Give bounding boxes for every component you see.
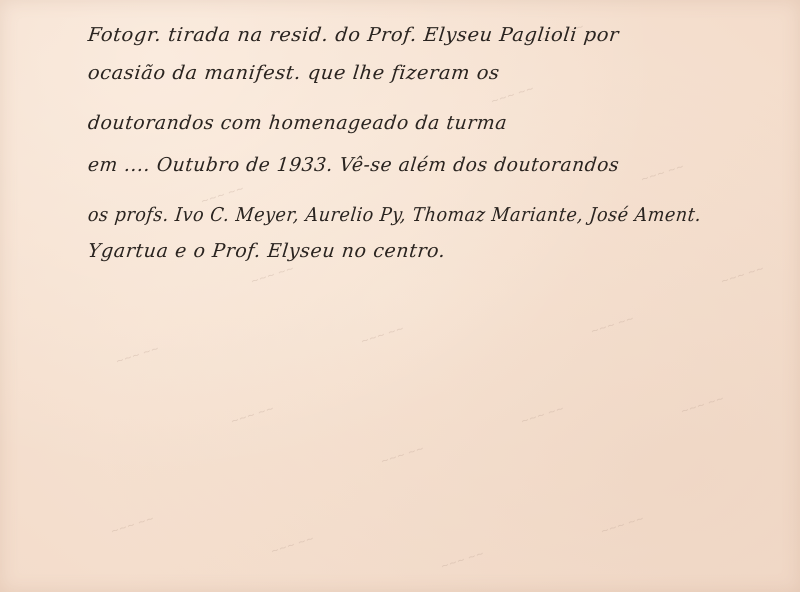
paper-watermark: ~~~ ~~ [439, 548, 485, 572]
paper-watermark: ~~~ ~~ [229, 403, 275, 427]
paper-watermark: ~~~ ~~ [269, 533, 315, 557]
paper-watermark: ~~~ ~~ [599, 513, 645, 537]
paper-watermark: ~~~ ~~ [359, 323, 405, 347]
paper-watermark: ~~~ ~~ [589, 313, 635, 337]
note-line-3: doutorandos com homenageado da turma [87, 112, 508, 134]
paper-watermark: ~~~ ~~ [489, 83, 535, 107]
paper-watermark: ~~~ ~~ [639, 161, 685, 185]
paper-watermark: ~~~ ~~ [114, 343, 160, 367]
paper-watermark: ~~~ ~~ [249, 263, 295, 287]
paper-edge-shadow [0, 0, 800, 592]
note-line-6: Ygartua e o Prof. Elyseu no centro. [87, 240, 447, 262]
paper-page: ~~~ ~~~~~ ~~~~~ ~~~~~ ~~~~~ ~~~~~ ~~~~~ … [0, 0, 800, 592]
paper-watermark: ~~~ ~~ [109, 513, 155, 537]
note-line-5: os profs. Ivo C. Meyer, Aurelio Py, Thom… [87, 204, 703, 226]
paper-watermark: ~~~ ~~ [679, 393, 725, 417]
note-line-2: ocasião da manifest. que lhe fizeram os [87, 62, 501, 84]
paper-watermark: ~~~ ~~ [719, 263, 765, 287]
paper-watermark: ~~~ ~~ [379, 443, 425, 467]
paper-watermark: ~~~ ~~ [519, 403, 565, 427]
note-line-1: Fotogr. tirada na resid. do Prof. Elyseu… [87, 24, 620, 46]
note-line-4: em .... Outubro de 1933. Vê-se além dos … [87, 154, 621, 176]
